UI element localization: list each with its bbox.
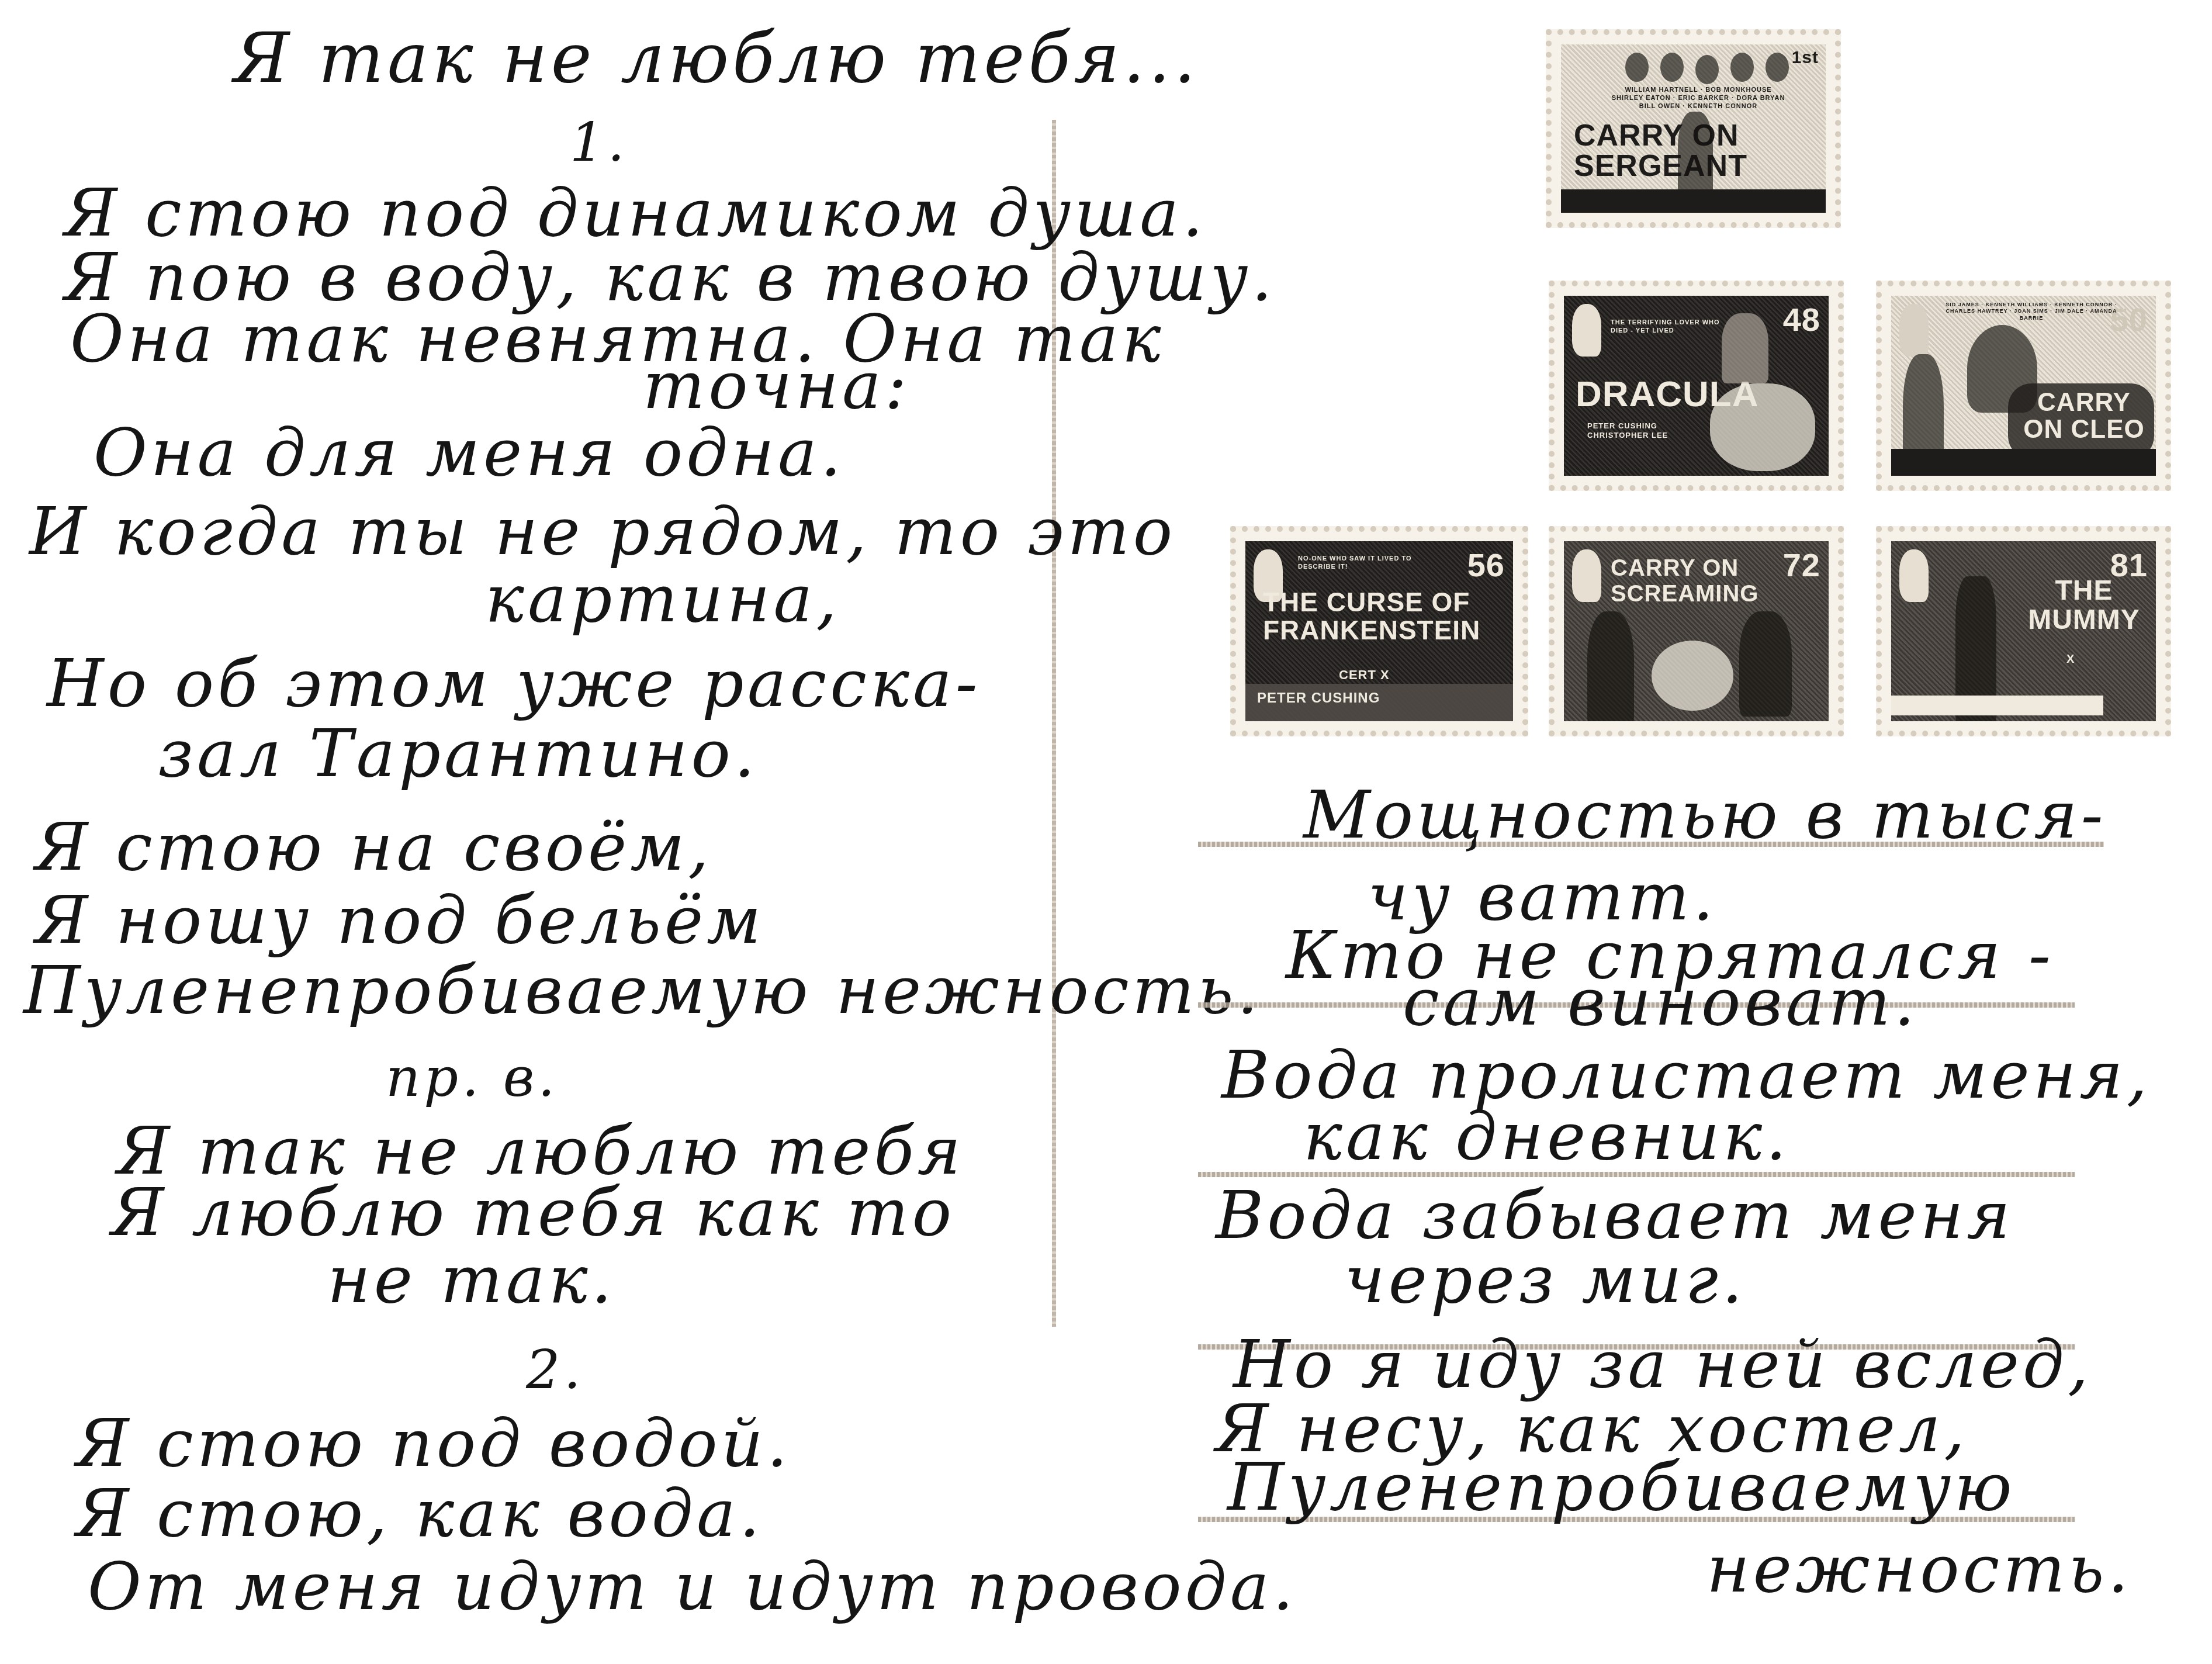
stamp-credits: Sid James · Kenneth Williams · Kenneth C… bbox=[1938, 302, 2125, 321]
queen-head-icon bbox=[1572, 549, 1601, 602]
stamp-carry-on-screaming: 72 Carry On Screaming bbox=[1549, 526, 1844, 736]
poem-title: Я так не люблю тебя... bbox=[234, 18, 1199, 98]
stamp-dracula: 48 The terrifying lover who died - yet l… bbox=[1549, 281, 1844, 491]
stamp-value: 56 bbox=[1467, 546, 1505, 584]
stamp-tagline: The terrifying lover who died - yet live… bbox=[1611, 319, 1728, 335]
poem-line: точна: bbox=[643, 348, 911, 424]
poem-line: Пуленепробиваемую bbox=[1227, 1449, 2016, 1525]
stamp-cert: X bbox=[2066, 652, 2075, 667]
stamp-curse-of-frankenstein: 56 No-one who saw it lived to describe i… bbox=[1230, 526, 1528, 736]
poem-line: Я ношу под бельём bbox=[35, 883, 764, 959]
stamp-value: 48 bbox=[1783, 300, 1820, 338]
stamp-carry-on-sergeant: 1st William Hartnell · Bob Monkhouse Shi… bbox=[1546, 29, 1841, 228]
stamp-value: 1st bbox=[1792, 48, 1819, 68]
poem-line: Она для меня одна. bbox=[94, 415, 844, 491]
poem-line: через миг. bbox=[1344, 1242, 1746, 1318]
stamp-credits: William Hartnell · Bob Monkhouse Shirley… bbox=[1596, 87, 1801, 110]
queen-head-icon bbox=[1899, 304, 1929, 357]
poem-line: сам виноват. bbox=[1403, 964, 1918, 1040]
poem-line: Она так невнятна. Она так bbox=[70, 301, 1164, 377]
poem-line: Мощностью в тыся- bbox=[1303, 777, 2106, 853]
stamp-tagline: No-one who saw it lived to describe it! bbox=[1298, 555, 1415, 572]
poem-line: От меня идут и идут провода. bbox=[88, 1549, 1297, 1625]
poem-line: Пуленепробиваемую нежность. bbox=[23, 953, 1261, 1029]
stamp-title: Carry On Cleo bbox=[2017, 389, 2151, 443]
stamp-carry-on-cleo: 50 Sid James · Kenneth Williams · Kennet… bbox=[1876, 281, 2171, 491]
stamp-title: The Mummy bbox=[2026, 576, 2142, 635]
poem-line: Я стою под водой. bbox=[76, 1406, 791, 1482]
poem-line: зал Тарантино. bbox=[158, 716, 759, 792]
poem-line: нежность. bbox=[1706, 1531, 2132, 1607]
poem-line: как дневник. bbox=[1303, 1099, 1790, 1175]
queen-head-icon bbox=[1572, 304, 1601, 357]
poem-line: Но об этом уже расска- bbox=[47, 646, 981, 722]
chorus-line: не так. bbox=[327, 1242, 615, 1318]
poem-line: Я стою, как вода. bbox=[76, 1476, 763, 1552]
part1-number: 1. bbox=[570, 111, 628, 174]
part2-number: 2. bbox=[526, 1338, 584, 1401]
stamp-cert: Cert X bbox=[1339, 667, 1390, 683]
poem-line: И когда ты не рядом, то это bbox=[29, 494, 1176, 570]
chorus-line: Я люблю тебя как то bbox=[111, 1175, 955, 1251]
stamp-title: The Curse of Frankenstein bbox=[1263, 588, 1473, 645]
stamp-credits: Peter Cushing Christopher Lee bbox=[1587, 421, 1668, 441]
queen-head-icon bbox=[1899, 549, 1929, 602]
chorus-label: пр. в. bbox=[386, 1046, 558, 1109]
stamp-the-mummy: 81 The Mummy X bbox=[1876, 526, 2171, 736]
stamp-credits: Peter Cushing bbox=[1257, 690, 1380, 707]
stamp-value: 72 bbox=[1783, 546, 1820, 584]
poem-line: картина, bbox=[485, 561, 840, 637]
stamp-title: Carry On Screaming bbox=[1611, 555, 1774, 607]
poem-line: Я стою на своём, bbox=[35, 809, 712, 885]
